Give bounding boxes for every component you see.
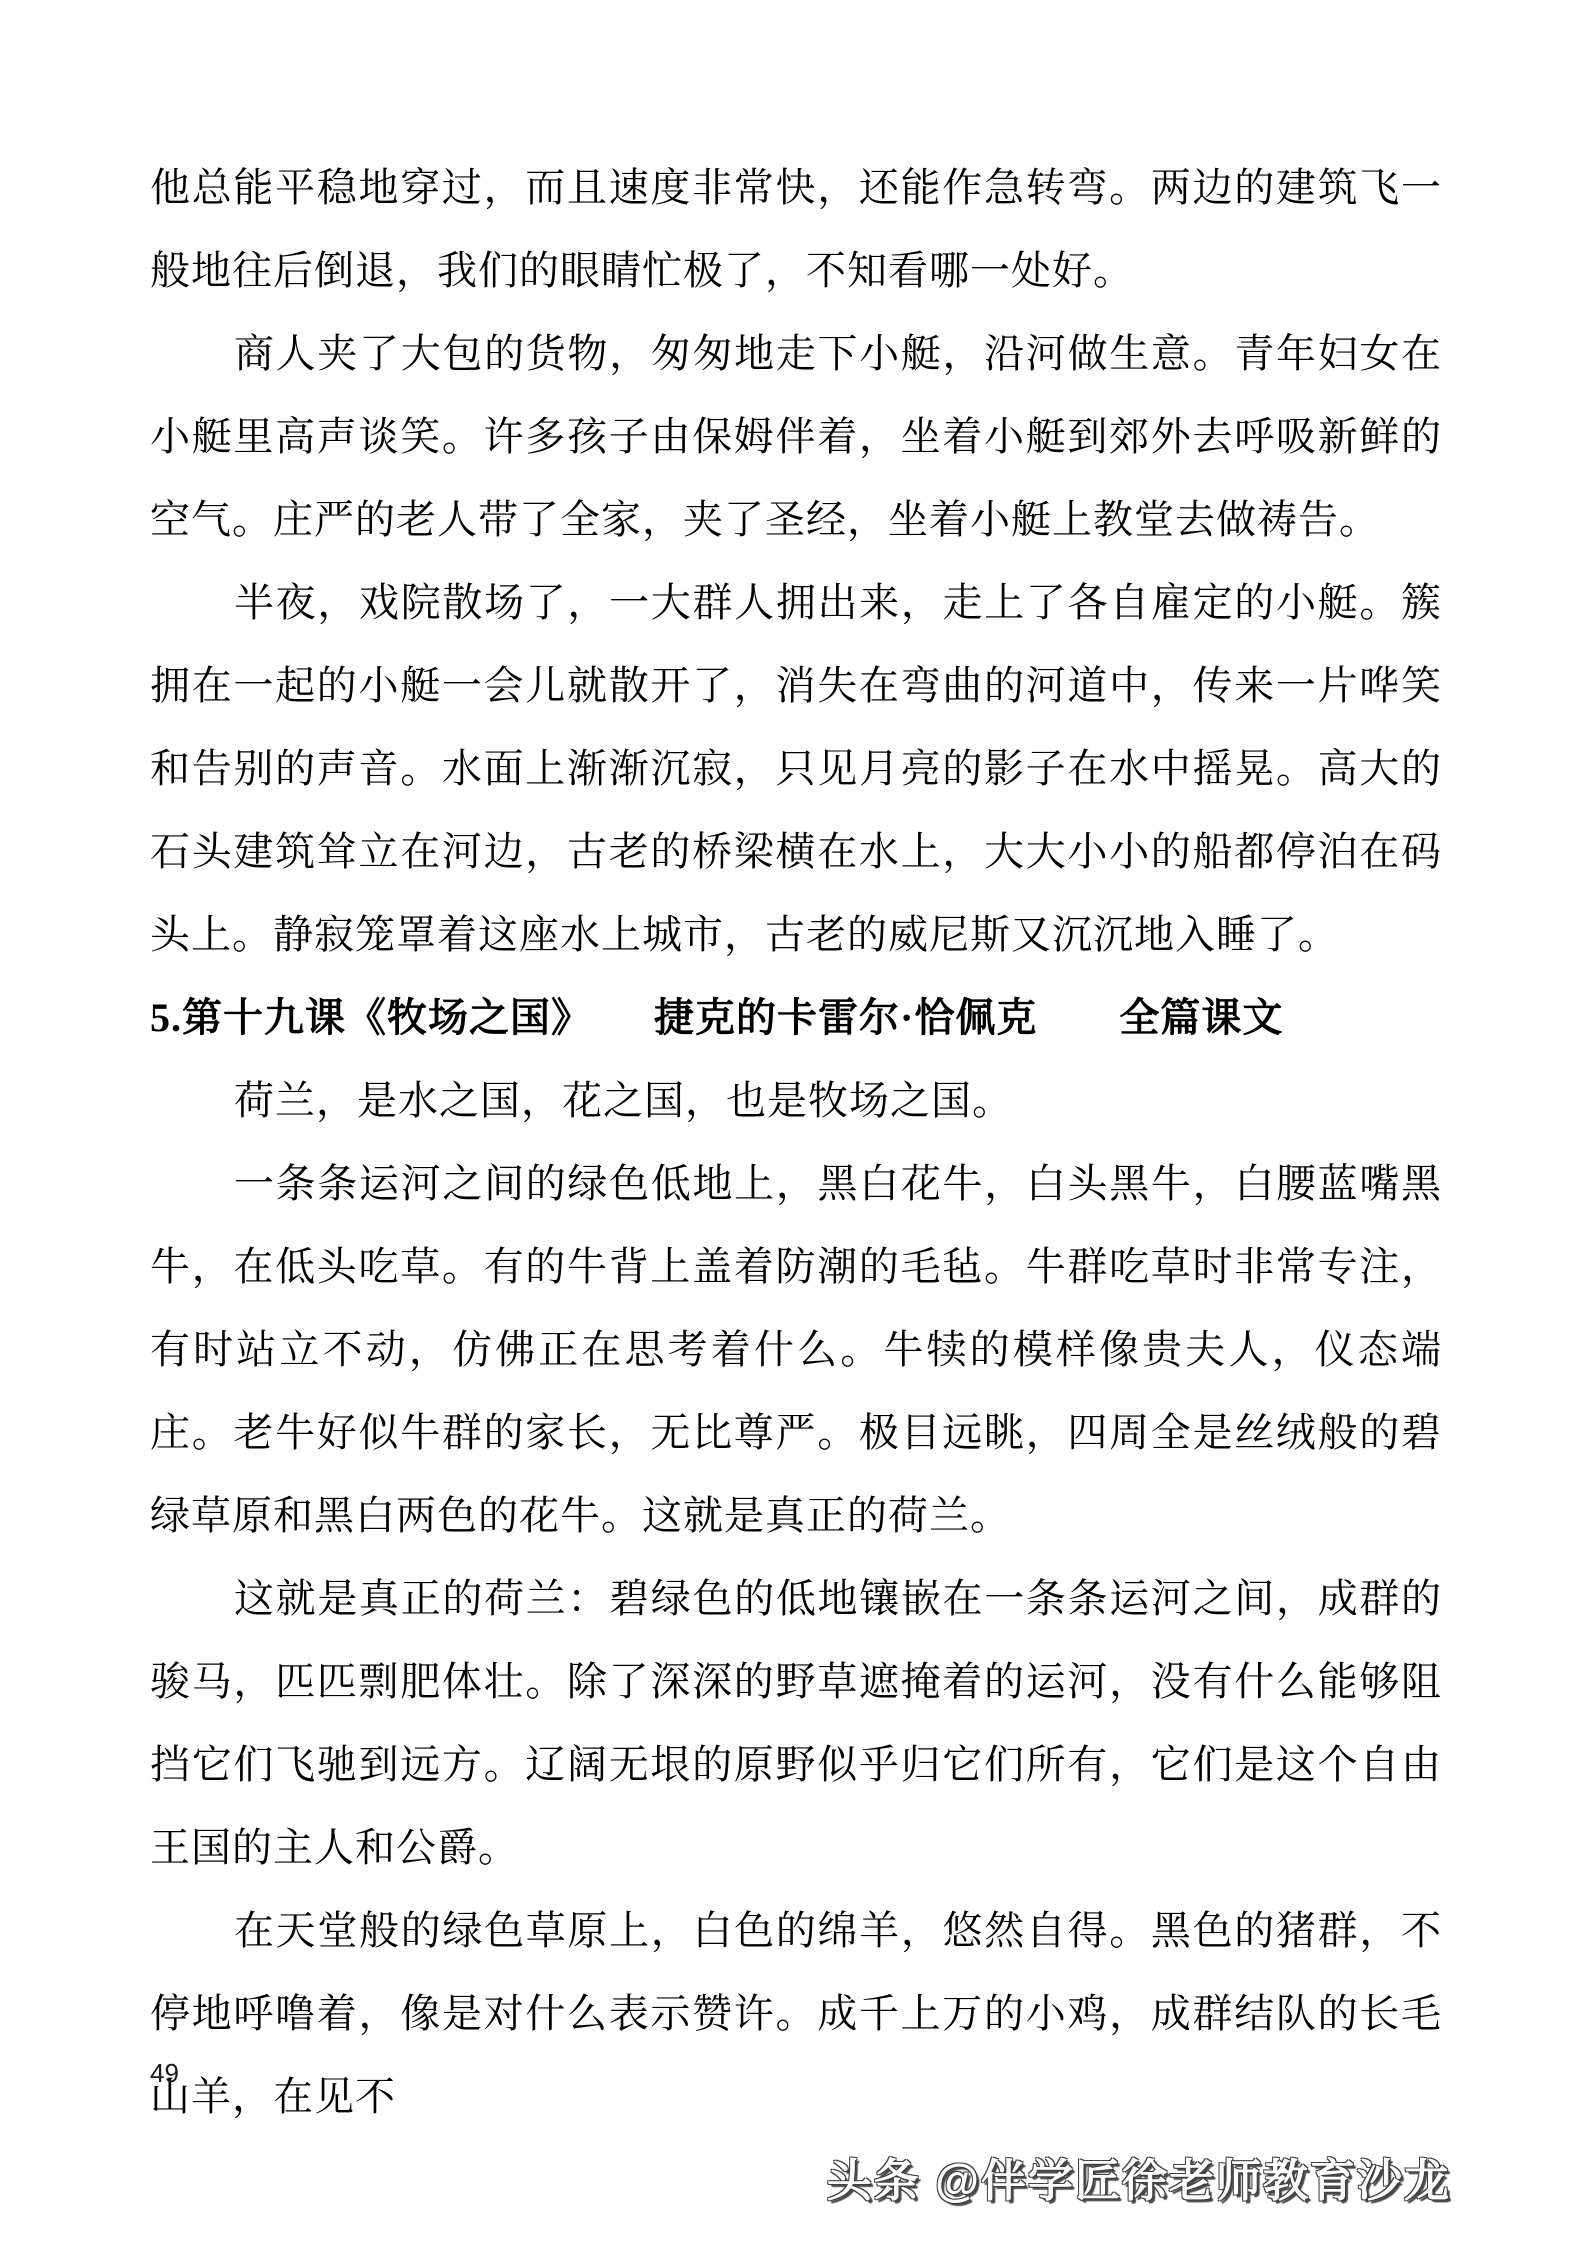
lesson-heading: 5.第十九课《牧场之国》 捷克的卡雷尔·恰佩克 全篇课文 [150, 976, 1442, 1059]
paragraph-continuation: 他总能平稳地穿过，而且速度非常快，还能作急转弯。两边的建筑飞一般地往后倒退，我们… [150, 146, 1442, 312]
document-page: 他总能平稳地穿过，而且速度非常快，还能作急转弯。两边的建筑飞一般地往后倒退，我们… [0, 0, 1587, 2245]
paragraph: 一条条运河之间的绿色低地上，黑白花牛，白头黑牛，白腰蓝嘴黑牛，在低头吃草。有的牛… [150, 1142, 1442, 1557]
toutiao-watermark: 头条 @伴学匠徐老师教育沙龙 [827, 2156, 1451, 2206]
paragraph: 在天堂般的绿色草原上，白色的绵羊，悠然自得。黑色的猪群，不停地呼噜着，像是对什么… [150, 1889, 1442, 2138]
paragraph: 荷兰，是水之国，花之国，也是牧场之国。 [150, 1059, 1442, 1142]
paragraph: 这就是真正的荷兰：碧绿色的低地镶嵌在一条条运河之间，成群的骏马，匹匹剽肥体壮。除… [150, 1557, 1442, 1889]
paragraph: 半夜，戏院散场了，一大群人拥出来，走上了各自雇定的小艇。簇拥在一起的小艇一会儿就… [150, 561, 1442, 976]
paragraph: 商人夹了大包的货物，匆匆地走下小艇，沿河做生意。青年妇女在小艇里高声谈笑。许多孩… [150, 312, 1442, 561]
page-number: 49 [150, 2058, 179, 2088]
document-text-area: 他总能平稳地穿过，而且速度非常快，还能作急转弯。两边的建筑飞一般地往后倒退，我们… [150, 146, 1442, 2138]
